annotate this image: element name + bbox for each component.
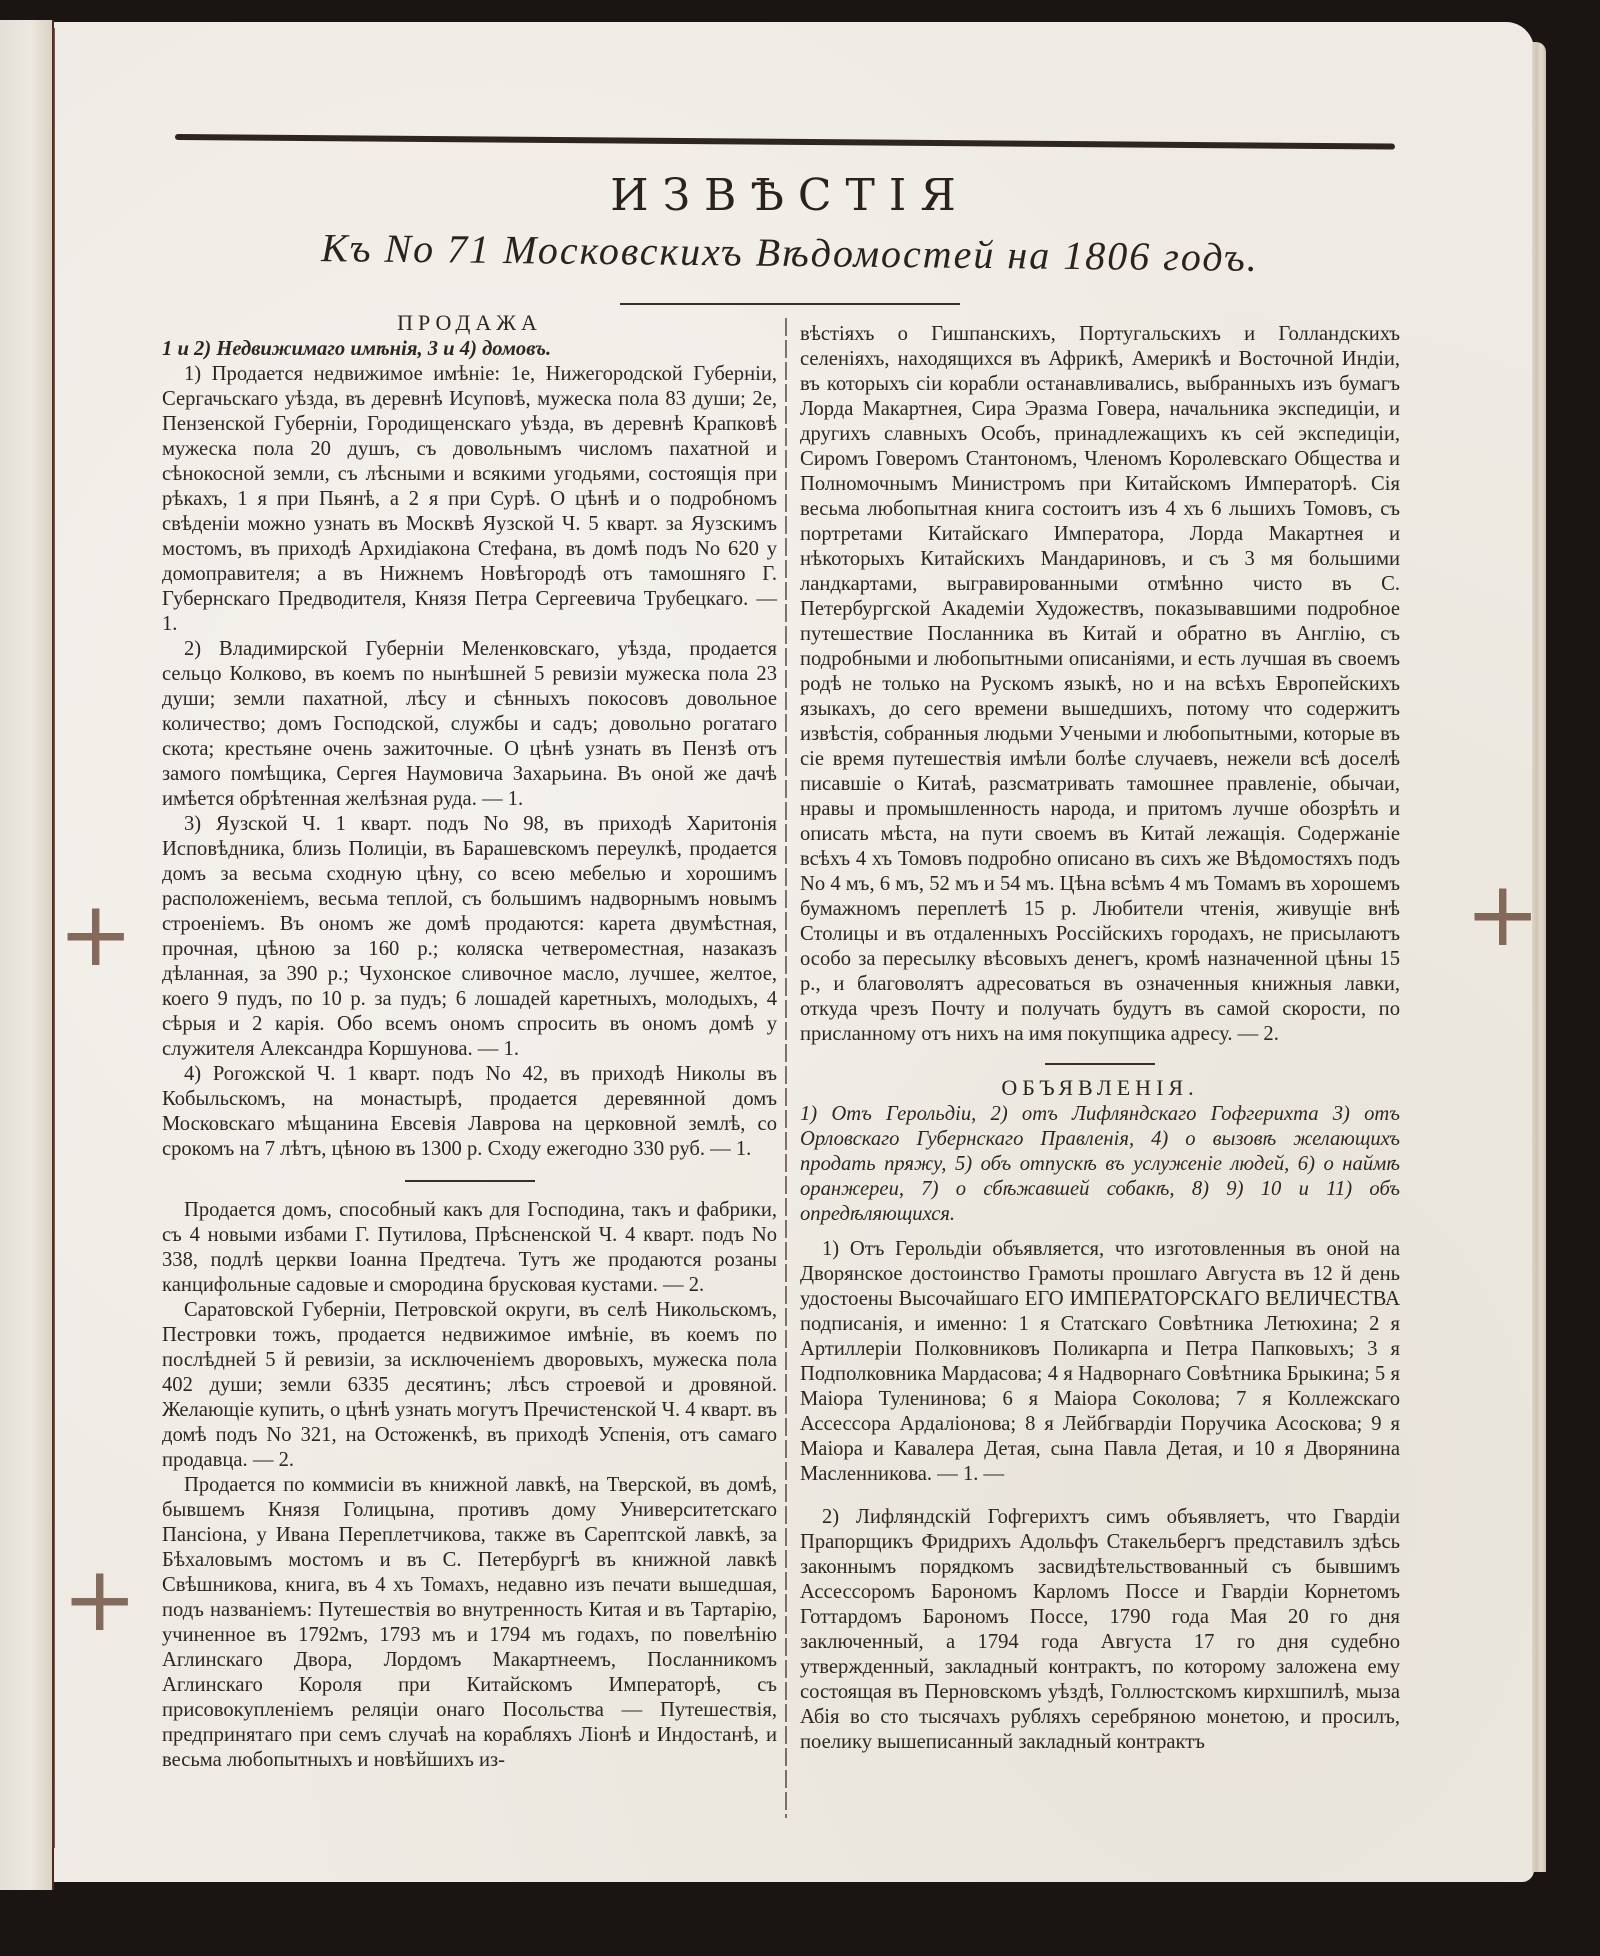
sale-item-4: 4) Рогожской Ч. 1 кварт. подъ No 42, въ … <box>162 1062 777 1162</box>
section-separator <box>1045 1063 1155 1065</box>
right-column: вѣстiяхъ о Гишпанскихъ, Португальскихъ и… <box>800 322 1400 1755</box>
masthead-subtitle: Къ No 71 Московскихъ Вѣдомостей на 1806 … <box>170 223 1410 283</box>
announcements-summary: 1) Отъ Герольдiи, 2) отъ Лифляндскаго Го… <box>800 1102 1400 1227</box>
left-column: ПРОДАЖА 1 и 2) Недвижимаго имѣнiя, 3 и 4… <box>162 310 777 1773</box>
section-title-announcements: ОБЪЯВЛЕНIЯ. <box>800 1075 1400 1100</box>
facing-page-edge <box>0 20 54 1890</box>
masthead-title: ИЗВѢСТIЯ <box>170 170 1410 221</box>
column-divider <box>785 318 787 1818</box>
handwritten-cross-mark-left-upper: + <box>58 890 133 980</box>
sale-item-3: 3) Яузской Ч. 1 кварт. подъ No 98, въ пр… <box>162 812 777 1062</box>
masthead-rule <box>620 303 960 305</box>
handwritten-cross-mark-left-lower: + <box>62 1555 137 1645</box>
masthead: ИЗВѢСТIЯ Къ No 71 Московскихъ Вѣдомостей… <box>170 170 1410 276</box>
sale-notice-saratov: Саратовской Губернiи, Петровской округи,… <box>162 1298 777 1473</box>
sale-notice-house: Продается домъ, способный какъ для Госпо… <box>162 1198 777 1298</box>
book-notice-continuation: вѣстiяхъ о Гишпанскихъ, Португальскихъ и… <box>800 322 1400 1047</box>
announcement-1-heraldry: 1) Отъ Герольдiи объявляется, что изгото… <box>800 1237 1400 1487</box>
handwritten-cross-mark-right: + <box>1465 870 1540 960</box>
announcement-2-livonian-court: 2) Лифляндскiй Гофгерихтъ симъ объявляет… <box>800 1505 1400 1755</box>
section-title-sale: ПРОДАЖА <box>162 310 777 335</box>
sale-item-1: 1) Продается недвижимое имѣнiе: 1е, Ниже… <box>162 362 777 637</box>
book-spine-gutter <box>52 28 55 1848</box>
sale-subheading: 1 и 2) Недвижимаго имѣнiя, 3 и 4) домовъ… <box>162 337 777 362</box>
sale-notice-book: Продается по коммисiи въ книжной лавкѣ, … <box>162 1473 777 1773</box>
sale-item-2: 2) Владимирской Губернiи Меленковскаго, … <box>162 637 777 812</box>
section-separator <box>405 1180 535 1182</box>
